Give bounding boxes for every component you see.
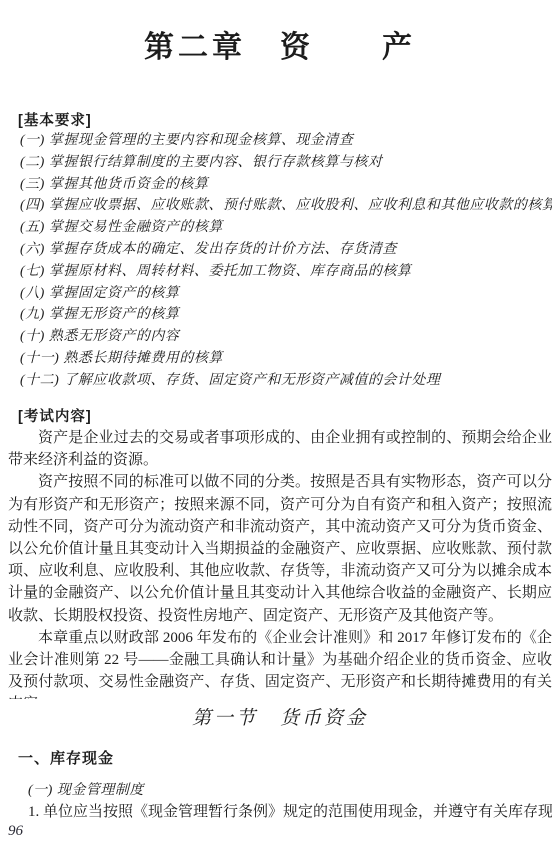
chapter-title: 第二章 资 产	[0, 22, 560, 66]
exam-content-paragraph: 资产是企业过去的交易或者事项形成的、由企业拥有或控制的、预期会给企业带来经济利益…	[8, 427, 552, 471]
requirement-item: (五) 掌握交易性金融资产的核算	[20, 217, 552, 239]
requirement-item: (六) 掌握存货成本的确定、发出存货的计价方法、存货清查	[20, 239, 552, 261]
requirement-item: (十二) 了解应收款项、存货、固定资产和无形资产减值的会计处理	[20, 370, 552, 392]
page-number: 96	[8, 823, 23, 840]
basic-requirements-label: [基本要求]	[18, 109, 92, 130]
requirement-item: (七) 掌握原材料、周转材料、委托加工物资、库存商品的核算	[20, 261, 552, 283]
requirement-item: (二) 掌握银行结算制度的主要内容、银行存款核算与核对	[20, 152, 552, 174]
body-text-line: 1. 单位应当按照《现金管理暂行条例》规定的范围使用现金，并遵守有关库存现	[8, 801, 552, 823]
requirement-item: (三) 掌握其他货币资金的核算	[20, 174, 552, 196]
exam-content-paragraphs: 资产是企业过去的交易或者事项形成的、由企业拥有或控制的、预期会给企业带来经济利益…	[8, 427, 552, 699]
book-page: 第二章 资 产 [基本要求] (一) 掌握现金管理的主要内容和现金核算、现金清查…	[0, 0, 560, 848]
exam-content-paragraph: 本章重点以财政部 2006 年发布的《企业会计准则》和 2017 年修订发布的《…	[8, 627, 552, 699]
requirement-item: (八) 掌握固定资产的核算	[20, 283, 552, 305]
requirement-item: (一) 掌握现金管理的主要内容和现金核算、现金清查	[20, 130, 552, 152]
requirement-item: (十一) 熟悉长期待摊费用的核算	[20, 348, 552, 370]
section-one-title: 第一节 货币资金	[0, 703, 560, 730]
heading-cash-management-system: (一) 现金管理制度	[28, 779, 144, 799]
basic-requirements-list: (一) 掌握现金管理的主要内容和现金核算、现金清查(二) 掌握银行结算制度的主要…	[20, 130, 552, 392]
heading-cash-on-hand: 一、库存现金	[18, 747, 114, 768]
exam-content-paragraph: 资产按照不同的标准可以做不同的分类。按照是否具有实物形态，资产可以分为有形资产和…	[8, 471, 552, 626]
exam-content-label: [考试内容]	[18, 405, 92, 426]
requirement-item: (九) 掌握无形资产的核算	[20, 304, 552, 326]
requirement-item: (十) 熟悉无形资产的内容	[20, 326, 552, 348]
requirement-item: (四) 掌握应收票据、应收账款、预付账款、应收股利、应收利息和其他应收款的核算	[20, 195, 552, 217]
